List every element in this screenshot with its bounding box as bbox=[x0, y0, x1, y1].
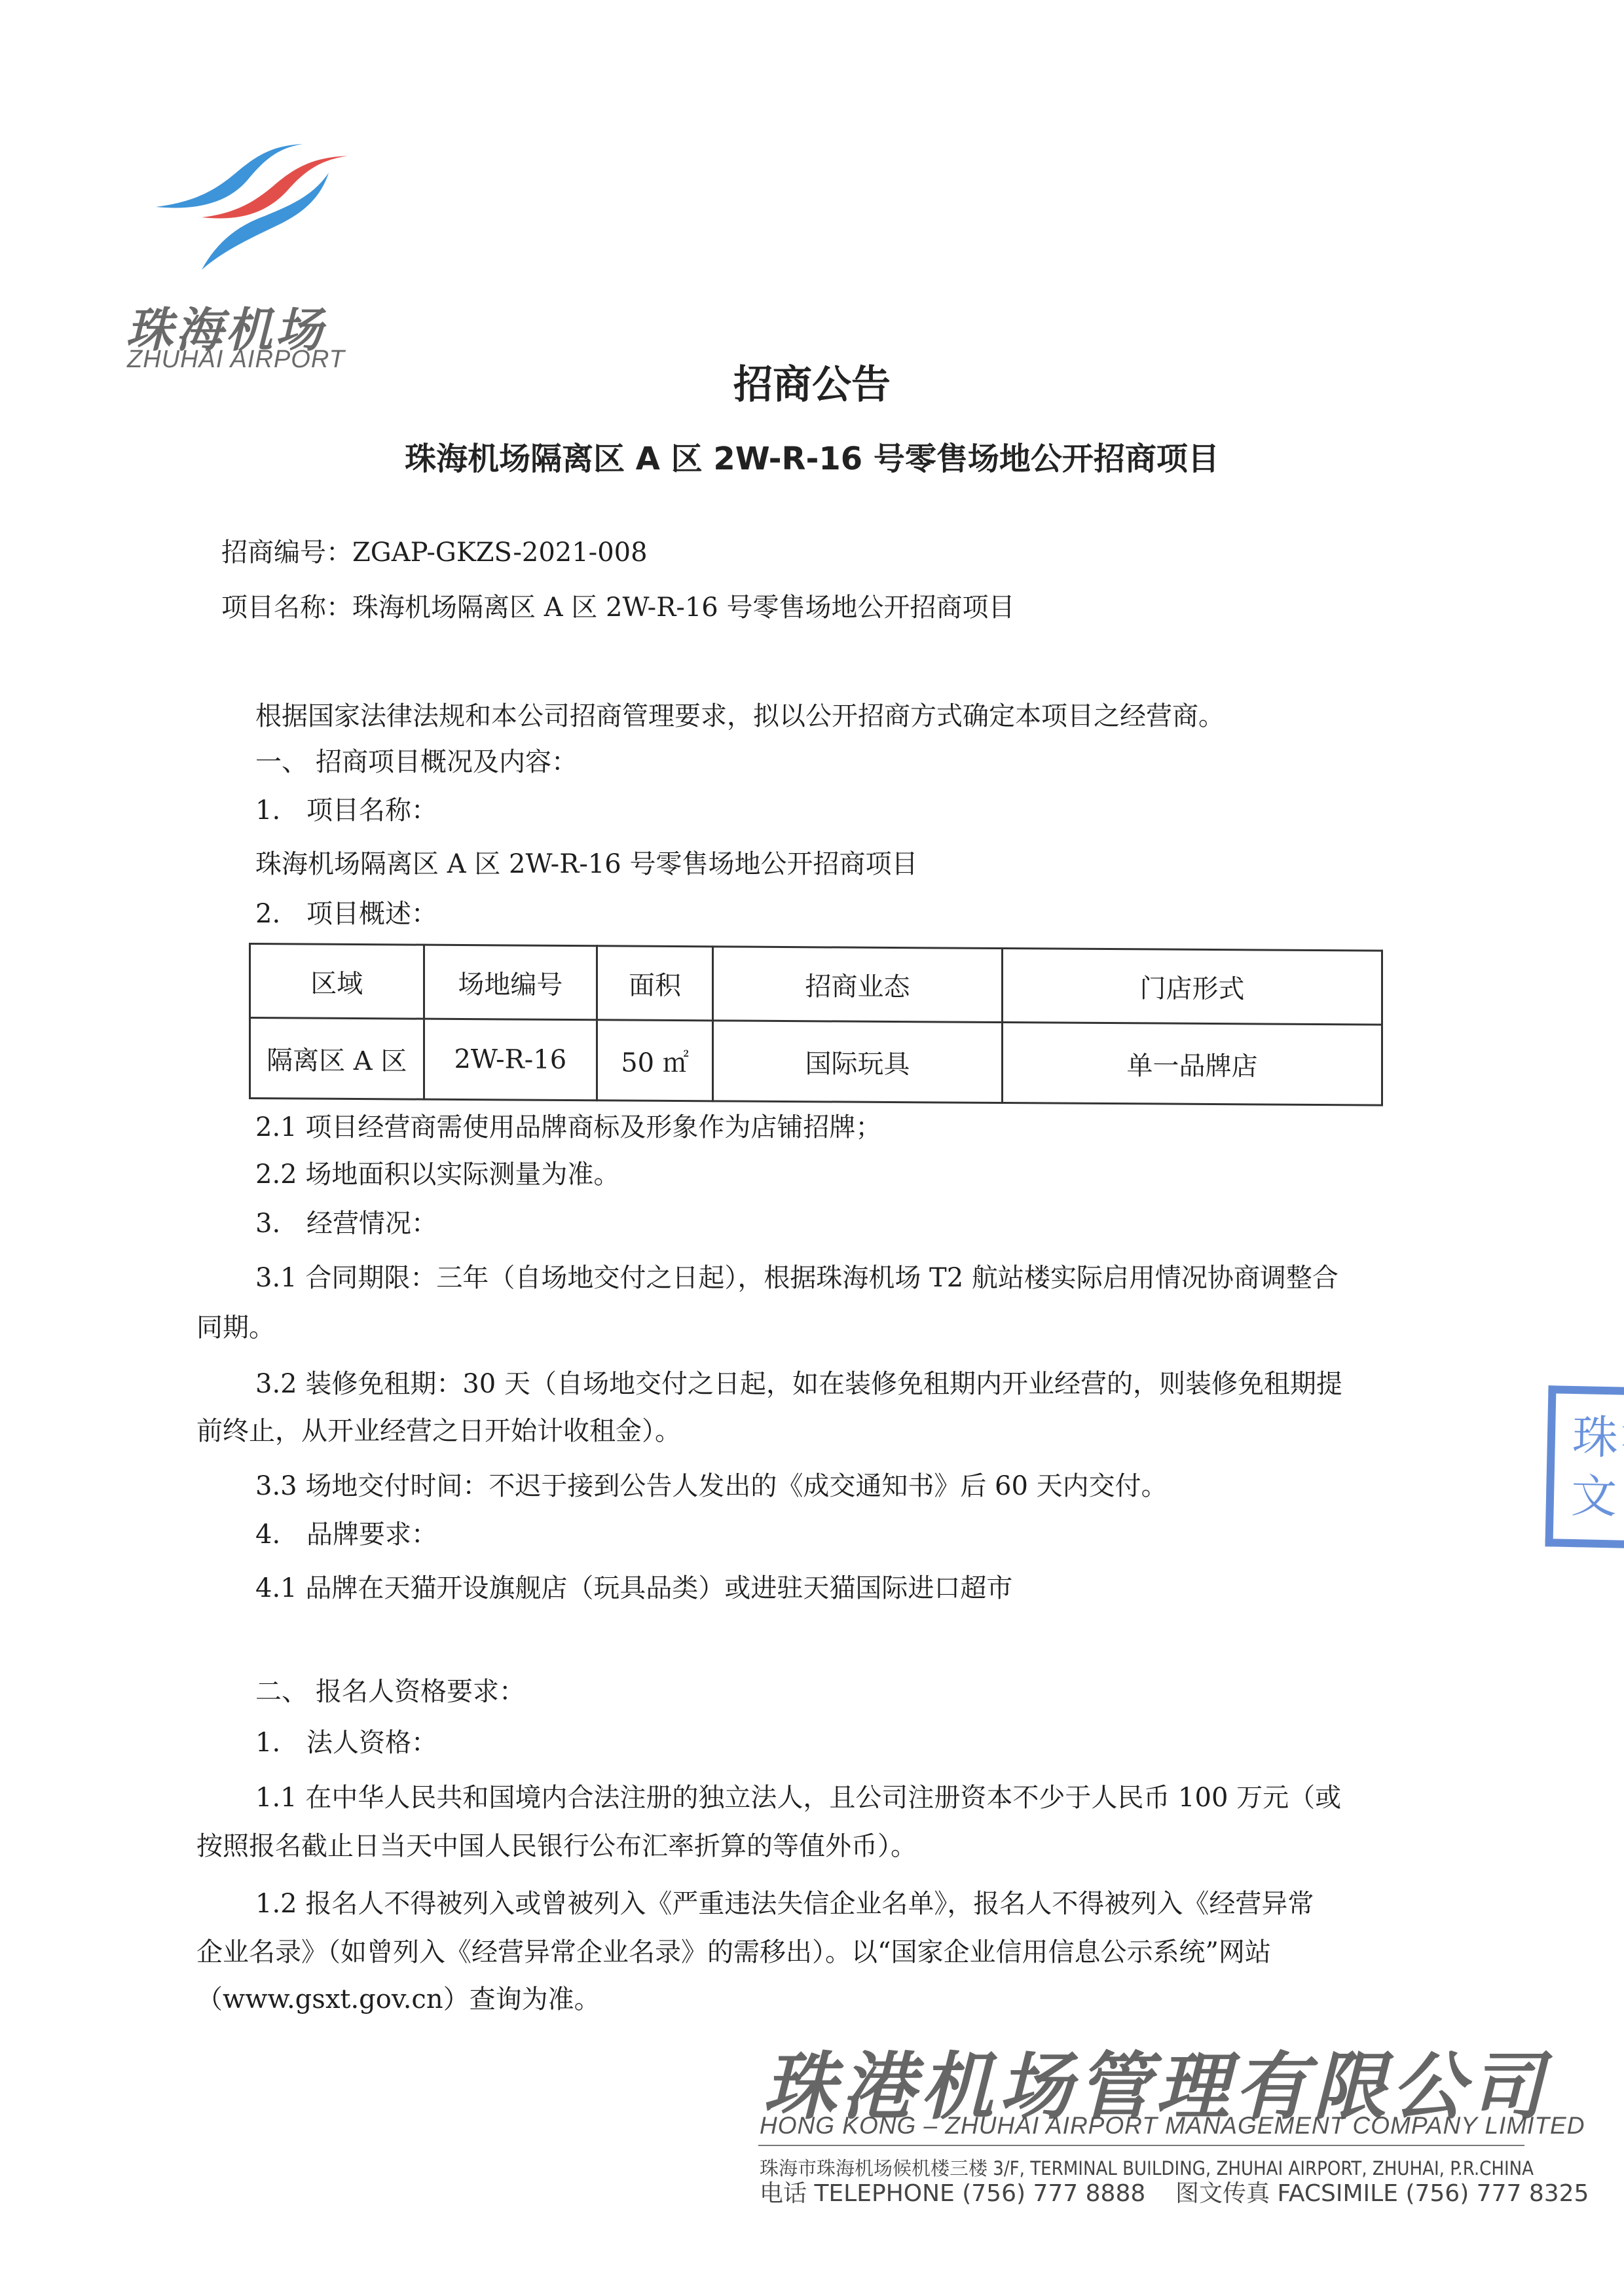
table-header-business-type: 招商业态 bbox=[712, 947, 1002, 1023]
item-1-number: 1. bbox=[255, 795, 306, 826]
clause-3-2-line2: 前终止，从开业经营之日开始计收租金）。 bbox=[196, 1415, 681, 1447]
section-2-item-1-number: 1. bbox=[255, 1727, 306, 1758]
section-1-title: 招商项目概况及内容： bbox=[316, 747, 578, 777]
clause-1-2-line1: 1.2 报名人不得被列入或曾被列入《严重违法失信企业名单》，报名人不得被列入《经… bbox=[255, 1888, 1314, 1920]
table-cell-area: 隔离区 A 区 bbox=[250, 1018, 424, 1100]
wing-stripes-icon bbox=[124, 118, 347, 288]
item-2-number: 2. bbox=[255, 898, 306, 930]
section-2-heading: 二、报名人资格要求： bbox=[255, 1676, 525, 1707]
item-3-label: 经营情况： bbox=[306, 1209, 437, 1239]
section-1-heading: 一、招商项目概况及内容： bbox=[255, 746, 578, 778]
page-title: 招商公告 bbox=[0, 354, 1624, 410]
project-overview-table: 区域 场地编号 面积 招商业态 门店形式 隔离区 A 区 2W-R-16 50 … bbox=[249, 943, 1383, 1106]
project-name-value: 珠海机场隔离区 A 区 2W-R-16 号零售场地公开招商项目 bbox=[352, 592, 1014, 623]
table-cell-size: 50 ㎡ bbox=[597, 1020, 713, 1101]
table-cell-site-code: 2W-R-16 bbox=[424, 1019, 597, 1101]
fax-number: (756) 777 8325 bbox=[1405, 2180, 1589, 2207]
item-1-value: 珠海机场隔离区 A 区 2W-R-16 号零售场地公开招商项目 bbox=[255, 848, 917, 880]
footer-divider bbox=[758, 2145, 1524, 2146]
item-1-heading: 1.项目名称： bbox=[255, 795, 437, 826]
table-header-site-code: 场地编号 bbox=[424, 945, 597, 1020]
table-header-size: 面积 bbox=[597, 946, 713, 1021]
project-name-label: 项目名称： bbox=[221, 592, 352, 623]
table-cell-business-type: 国际玩具 bbox=[712, 1021, 1002, 1103]
clause-3-1-line1: 3.1 合同期限：三年（自场地交付之日起），根据珠海机场 T2 航站楼实际启用情… bbox=[255, 1262, 1338, 1294]
stamp-char-1: 珠 bbox=[1572, 1400, 1619, 1467]
table-header-row: 区域 场地编号 面积 招商业态 门店形式 bbox=[250, 944, 1382, 1025]
section-2-title: 报名人资格要求： bbox=[316, 1677, 525, 1707]
item-2-label: 项目概述： bbox=[306, 899, 437, 929]
item-3-number: 3. bbox=[255, 1208, 306, 1239]
section-2-item-1-label: 法人资格： bbox=[306, 1728, 437, 1758]
table-row: 隔离区 A 区 2W-R-16 50 ㎡ 国际玩具 单一品牌店 bbox=[250, 1018, 1382, 1106]
section-2-item-1-heading: 1.法人资格： bbox=[255, 1727, 437, 1758]
seal-stamp: 珠 海 文 bbox=[1545, 1385, 1624, 1549]
fax-label: 图文传真 FACSIMILE bbox=[1175, 2180, 1398, 2207]
project-code: 招商编号：ZGAP-GKZS-2021-008 bbox=[221, 537, 648, 568]
project-name: 项目名称：珠海机场隔离区 A 区 2W-R-16 号零售场地公开招商项目 bbox=[221, 592, 1014, 623]
stamp-char-3: 文 bbox=[1570, 1459, 1617, 1526]
stamp-char-2: 海 bbox=[1620, 1402, 1624, 1468]
clause-3-3: 3.3 场地交付时间：不迟于接到公告人发出的《成交通知书》后 60 天内交付。 bbox=[255, 1470, 1168, 1502]
table-cell-store-format: 单一品牌店 bbox=[1003, 1023, 1382, 1106]
intro-paragraph: 根据国家法律法规和本公司招商管理要求，拟以公开招商方式确定本项目之经营商。 bbox=[255, 701, 1225, 732]
project-code-value: ZGAP-GKZS-2021-008 bbox=[352, 538, 648, 568]
clause-1-1-line2: 按照报名截止日当天中国人民银行公布汇率折算的等值外币）。 bbox=[196, 1831, 917, 1862]
clause-3-2-line1: 3.2 装修免租期：30 天（自场地交付之日起，如在装修免租期内开业经营的，则装… bbox=[255, 1368, 1342, 1400]
clause-1-2-line2: 企业名录》（如曾列入《经营异常企业名录》的需移出）。以“国家企业信用信息公示系统… bbox=[196, 1937, 1271, 1968]
clause-1-1-line1: 1.1 在中华人民共和国境内合法注册的独立法人，且公司注册资本不少于人民币 10… bbox=[255, 1782, 1341, 1813]
item-4-heading: 4.品牌要求： bbox=[255, 1519, 437, 1550]
item-2-heading: 2.项目概述： bbox=[255, 898, 437, 930]
table-header-store-format: 门店形式 bbox=[1003, 949, 1382, 1025]
note-2-2: 2.2 场地面积以实际测量为准。 bbox=[255, 1159, 619, 1190]
clause-1-2-line3: （www.gsxt.gov.cn）查询为准。 bbox=[196, 1984, 600, 2015]
telephone-label: 电话 TELEPHONE bbox=[760, 2180, 955, 2207]
item-4-label: 品牌要求： bbox=[306, 1520, 437, 1550]
table-header-area: 区域 bbox=[250, 944, 424, 1019]
project-code-label: 招商编号： bbox=[221, 538, 352, 568]
section-2-number: 二、 bbox=[255, 1676, 316, 1707]
section-1-number: 一、 bbox=[255, 746, 316, 778]
clause-4-1: 4.1 品牌在天猫开设旗舰店（玩具品类）或进驻天猫国际进口超市 bbox=[255, 1573, 1012, 1604]
telephone-number: (756) 777 8888 bbox=[962, 2180, 1145, 2207]
page-subtitle: 珠海机场隔离区 A 区 2W-R-16 号零售场地公开招商项目 bbox=[0, 433, 1624, 479]
company-name-en: HONG KONG – ZHUHAI AIRPORT MANAGEMENT CO… bbox=[760, 2112, 1585, 2140]
company-contact: 电话 TELEPHONE (756) 777 8888 图文传真 FACSIMI… bbox=[760, 2175, 1589, 2208]
item-4-number: 4. bbox=[255, 1519, 306, 1550]
note-2-1: 2.1 项目经营商需使用品牌商标及形象作为店铺招牌； bbox=[255, 1112, 881, 1143]
item-3-heading: 3.经营情况： bbox=[255, 1208, 437, 1239]
clause-3-1-line2: 同期。 bbox=[196, 1312, 275, 1343]
item-1-label: 项目名称： bbox=[306, 795, 437, 826]
